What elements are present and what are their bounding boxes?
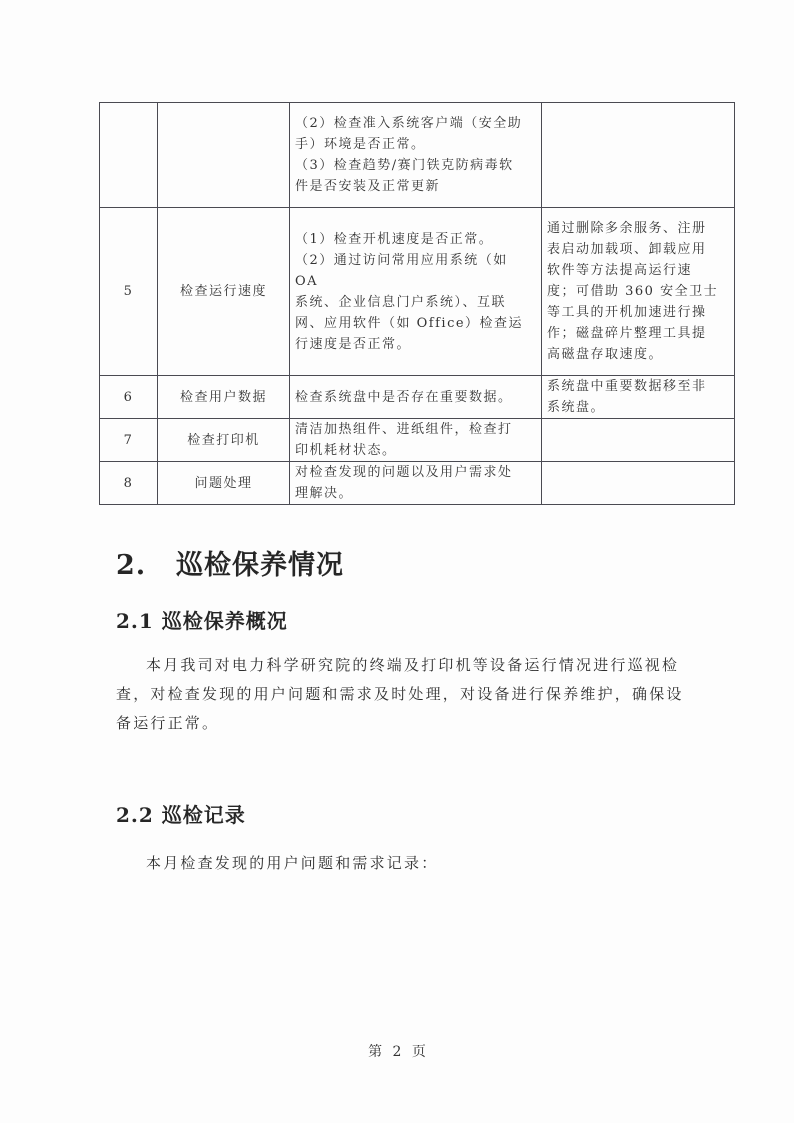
method-line: 通过删除多余服务、注册 <box>547 218 729 239</box>
content-line: 手）环境是否正常。 <box>295 134 536 155</box>
content-line: （1）检查开机速度是否正常。 <box>295 229 536 250</box>
cell-method: 系统盘中重要数据移至非 系统盘。 <box>542 376 735 419</box>
content-line: 理解决。 <box>295 483 536 504</box>
cell-number <box>100 103 158 208</box>
content-line: 件是否安装及正常更新 <box>295 176 536 197</box>
cell-number: 8 <box>100 462 158 505</box>
section-2-heading: 2.巡检保养情况 <box>116 543 344 582</box>
method-line: 等工具的开机加速进行操 <box>547 302 729 323</box>
cell-content: 对检查发现的问题以及用户需求处 理解决。 <box>290 462 542 505</box>
method-line: 系统盘中重要数据移至非 <box>547 376 729 397</box>
content-line: 网、应用软件（如 Office）检查运 <box>295 313 536 334</box>
paragraph-text: 本月我司对电力科学研究院的终端及打印机等设备运行情况进行巡视检查，对检查发现的用… <box>116 656 684 732</box>
content-line: 系统、企业信息门户系统）、互联 <box>295 292 536 313</box>
cell-content: 清洁加热组件、进纸组件，检查打 印机耗材状态。 <box>290 419 542 462</box>
method-line: 高磁盘存取速度。 <box>547 344 729 365</box>
inspection-items-table: （2）检查准入系统客户端（安全助 手）环境是否正常。 （3）检查趋势/赛门铁克防… <box>99 102 735 505</box>
section-number: 2. <box>116 550 176 581</box>
cell-item: 检查打印机 <box>158 419 290 462</box>
section-2-1-paragraph: 本月我司对电力科学研究院的终端及打印机等设备运行情况进行巡视检查，对检查发现的用… <box>116 651 688 738</box>
cell-item: 问题处理 <box>158 462 290 505</box>
page-number: 第 2 页 <box>0 1041 794 1061</box>
table-row: 8 问题处理 对检查发现的问题以及用户需求处 理解决。 <box>100 462 735 505</box>
cell-method <box>542 419 735 462</box>
cell-item: 检查运行速度 <box>158 208 290 376</box>
method-line: 作；磁盘碎片整理工具提 <box>547 323 729 344</box>
cell-method <box>542 103 735 208</box>
content-line: （2）检查准入系统客户端（安全助 <box>295 113 536 134</box>
cell-content: （1）检查开机速度是否正常。 （2）通过访问常用应用系统（如 OA 系统、企业信… <box>290 208 542 376</box>
table-row: 7 检查打印机 清洁加热组件、进纸组件，检查打 印机耗材状态。 <box>100 419 735 462</box>
table-row: 5 检查运行速度 （1）检查开机速度是否正常。 （2）通过访问常用应用系统（如 … <box>100 208 735 376</box>
cell-method: 通过删除多余服务、注册 表启动加载项、卸载应用 软件等方法提高运行速 度；可借助… <box>542 208 735 376</box>
content-line: （3）检查趋势/赛门铁克防病毒软 <box>295 155 536 176</box>
content-line: （2）通过访问常用应用系统（如 OA <box>295 250 536 292</box>
method-line: 系统盘。 <box>547 397 729 418</box>
paragraph-text: 本月检查发现的用户问题和需求记录： <box>146 854 438 872</box>
content-line: 行速度是否正常。 <box>295 334 536 355</box>
section-2-2-heading: 2.2 巡检记录 <box>116 799 246 828</box>
content-line: 检查系统盘中是否存在重要数据。 <box>295 387 536 408</box>
method-line: 软件等方法提高运行速 <box>547 260 729 281</box>
section-2-1-heading: 2.1 巡检保养概况 <box>116 605 288 634</box>
cell-content: （2）检查准入系统客户端（安全助 手）环境是否正常。 （3）检查趋势/赛门铁克防… <box>290 103 542 208</box>
cell-number: 5 <box>100 208 158 376</box>
cell-number: 6 <box>100 376 158 419</box>
section-title: 巡检保养情况 <box>176 550 344 581</box>
section-2-2-paragraph: 本月检查发现的用户问题和需求记录： <box>116 849 688 878</box>
table-row: 6 检查用户数据 检查系统盘中是否存在重要数据。 系统盘中重要数据移至非 系统盘… <box>100 376 735 419</box>
cell-number: 7 <box>100 419 158 462</box>
cell-method <box>542 462 735 505</box>
cell-content: 检查系统盘中是否存在重要数据。 <box>290 376 542 419</box>
method-line: 表启动加载项、卸载应用 <box>547 239 729 260</box>
content-line: 印机耗材状态。 <box>295 440 536 461</box>
method-line: 度；可借助 360 安全卫士 <box>547 281 729 302</box>
content-line: 对检查发现的问题以及用户需求处 <box>295 462 536 483</box>
content-line: 清洁加热组件、进纸组件，检查打 <box>295 419 536 440</box>
cell-item: 检查用户数据 <box>158 376 290 419</box>
document-page: （2）检查准入系统客户端（安全助 手）环境是否正常。 （3）检查趋势/赛门铁克防… <box>0 0 794 1123</box>
table-row: （2）检查准入系统客户端（安全助 手）环境是否正常。 （3）检查趋势/赛门铁克防… <box>100 103 735 208</box>
cell-item <box>158 103 290 208</box>
